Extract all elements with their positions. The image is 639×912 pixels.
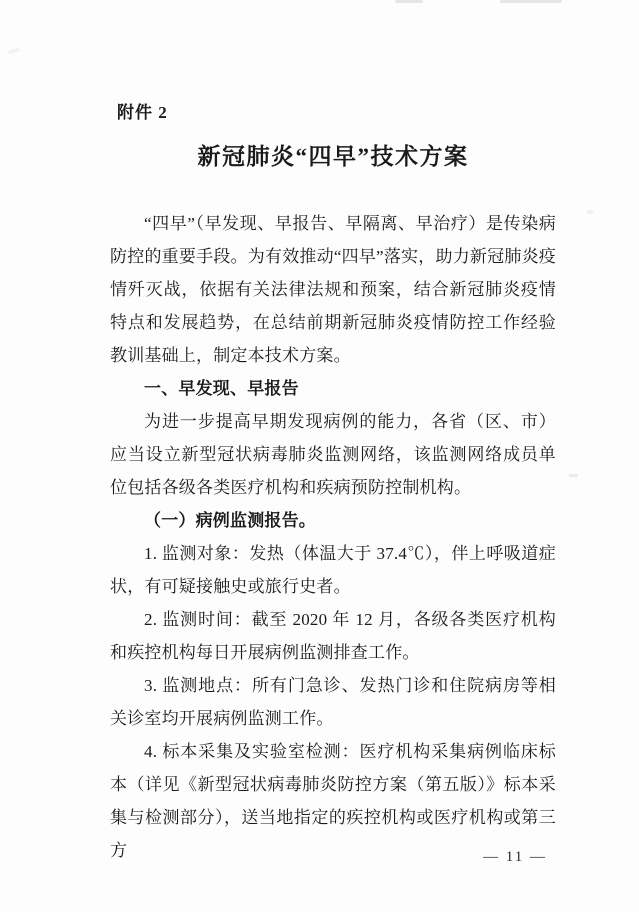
item-monitoring-target: 1. 监测对象：发热（体温大于 37.4℃），伴上呼吸道症状，有可疑接触史或旅行… [110, 537, 556, 603]
item-monitoring-location: 3. 监测地点：所有门急诊、发热门诊和住院病房等相关诊室均开展病例监测工作。 [110, 669, 556, 735]
scan-artifact [500, 0, 562, 3]
item-monitoring-time: 2. 监测时间：截至 2020 年 12 月，各级各类医疗机构和疾控机构每日开展… [110, 603, 556, 669]
scan-artifact [587, 210, 593, 214]
subsection-heading-case-monitoring: （一）病例监测报告。 [110, 504, 556, 537]
scan-artifact [569, 474, 578, 477]
monitoring-network-paragraph: 为进一步提高早期发现病例的能力，各省（区、市）应当设立新型冠状病毒肺炎监测网络，… [110, 405, 556, 504]
scan-artifact [8, 48, 21, 55]
scan-artifact [395, 0, 423, 3]
document-title: 新冠肺炎“四早”技术方案 [110, 138, 556, 171]
item-specimen-collection: 4. 标本采集及实验室检测：医疗机构采集病例临床标本（详见《新型冠状病毒肺炎防控… [110, 735, 556, 867]
intro-paragraph: “四早”（早发现、早报告、早隔离、早治疗）是传染病防控的重要手段。为有效推动“四… [110, 207, 556, 372]
document-body: “四早”（早发现、早报告、早隔离、早治疗）是传染病防控的重要手段。为有效推动“四… [110, 207, 556, 867]
attachment-label: 附件 2 [117, 98, 168, 123]
document-page: 附件 2 新冠肺炎“四早”技术方案 “四早”（早发现、早报告、早隔离、早治疗）是… [0, 0, 639, 912]
section-heading-early-detection: 一、早发现、早报告 [110, 372, 556, 405]
page-number: — 11 — [483, 849, 547, 866]
